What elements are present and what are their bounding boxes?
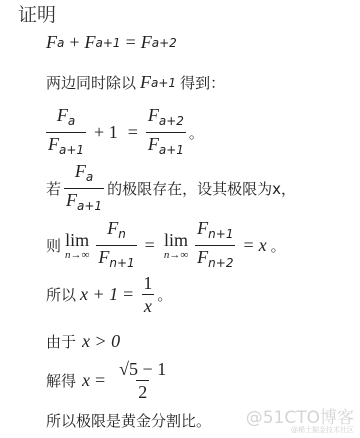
subscript: a+2 — [152, 36, 177, 50]
text: 所以极限是黄金分割比。 — [46, 410, 211, 431]
operator: = — [145, 235, 155, 256]
text: 。 — [271, 235, 286, 256]
symbol-f: F — [46, 32, 57, 53]
symbol-f: F — [141, 32, 152, 53]
operator: = — [126, 32, 136, 53]
subscript: a — [57, 36, 64, 50]
fraction: Fa Fa+1 — [46, 104, 86, 161]
text: 所以 — [46, 284, 76, 305]
expression: x + 1 — [80, 284, 118, 305]
equation-recurrence: Fa + Fa+1 = Fa+2 — [46, 32, 177, 53]
limit: limn→∞ — [164, 231, 188, 261]
text: 的极限存在，设其极限为x， — [107, 178, 296, 199]
text: 。 — [189, 122, 204, 143]
operator: + 1 — [94, 122, 118, 143]
operator: = — [123, 284, 133, 305]
quadratic-equation: 所以 x + 1 = 1 x 。 — [46, 272, 172, 317]
operator: + — [69, 32, 79, 53]
subscript: a+1 — [151, 76, 176, 90]
watermark-sub: @稀土掘金技术社区 — [291, 425, 354, 435]
proof-title: 证明 — [18, 0, 56, 27]
conclusion: 所以极限是黄金分割比。 — [46, 410, 211, 431]
text: 得到： — [180, 72, 225, 93]
text: 由于 — [46, 331, 76, 352]
symbol-x: x — [259, 235, 267, 256]
limit-assumption: 若 Fa Fa+1 的极限存在，设其极限为x， — [46, 160, 296, 217]
text: 若 — [46, 178, 61, 199]
limit-equation: 则 limn→∞ Fn Fn+1 = limn→∞ Fn+1 Fn+2 = x … — [46, 217, 286, 274]
limit: limn→∞ — [65, 231, 89, 261]
text: 解得 — [46, 370, 76, 391]
operator: = — [128, 122, 138, 143]
text: 两边同时除以 — [46, 72, 136, 93]
solution: 解得 x = √5 − 1 2 — [46, 358, 175, 403]
equation-ratio: Fa Fa+1 + 1 = Fa+2 Fa+1 。 — [46, 104, 204, 161]
fraction: Fa+2 Fa+1 — [146, 104, 186, 161]
operator: = — [95, 370, 105, 391]
positivity-condition: 由于 x > 0 — [46, 331, 120, 352]
symbol-f: F — [85, 32, 96, 53]
symbol-f: F — [140, 72, 151, 93]
fraction: Fn+1 Fn+2 — [195, 217, 235, 274]
expression: x > 0 — [82, 331, 120, 352]
fraction: 1 x — [141, 272, 154, 317]
fraction: Fa Fa+1 — [64, 160, 104, 217]
fraction: Fn Fn+1 — [96, 217, 136, 274]
text: 。 — [157, 284, 172, 305]
symbol-x: x — [82, 370, 90, 391]
text: 则 — [46, 235, 61, 256]
subscript: a+1 — [96, 36, 121, 50]
operator: = — [243, 235, 253, 256]
divide-statement: 两边同时除以 Fa+1 得到： — [46, 72, 225, 93]
fraction: √5 − 1 2 — [113, 358, 172, 403]
